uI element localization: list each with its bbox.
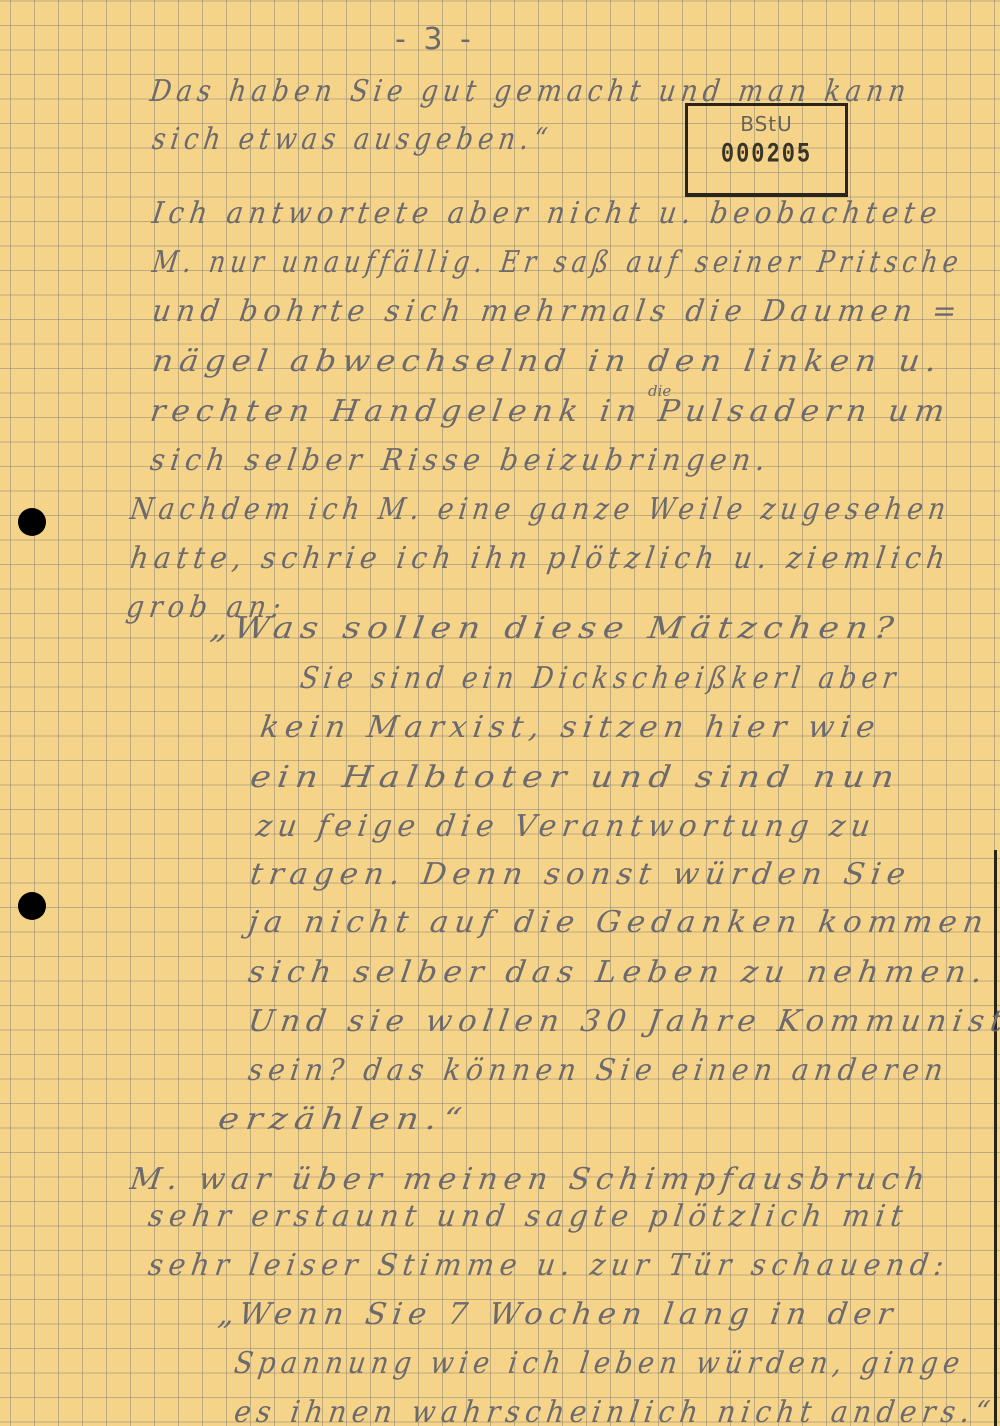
text-line: es ihnen wahrscheinlich nicht anders.“ (232, 1395, 997, 1426)
text-line: Nachdem ich M. eine ganze Weile zugesehe… (128, 492, 953, 527)
stamp-number: 000205 (688, 139, 845, 170)
text-line: hatte, schrie ich ihn plötzlich u. zieml… (128, 541, 953, 576)
text-line: sehr leiser Stimme u. zur Tür schauend: (146, 1248, 952, 1283)
text-line: rechten Handgelenk in Pulsadern um (148, 394, 953, 429)
stamp-organization: BStU (688, 112, 845, 136)
text-line: sich selber Risse beizubringen. (148, 443, 773, 478)
punch-hole-bottom (18, 892, 46, 920)
text-line: M. nur unauffällig. Er saß auf seiner Pr… (150, 245, 965, 280)
text-line: ja nicht auf die Gedanken kommen (246, 905, 991, 940)
text-line: kein Marxist, sitzen hier wie (258, 710, 883, 745)
text-line: „Was sollen diese Mätzchen? (208, 611, 903, 646)
text-line: sein? das können Sie einen anderen (246, 1053, 951, 1088)
page-edge-shadow (994, 850, 997, 1426)
text-line: zu feige die Verantwortung zu (254, 809, 878, 844)
punch-hole-top (18, 508, 46, 536)
text-line: Das haben Sie gut gemacht und man kann (148, 74, 913, 109)
text-line: Ich antwortete aber nicht u. beobachtete (150, 196, 944, 231)
text-line: sich selber das Leben zu nehmen. (246, 955, 991, 990)
text-line: sich etwas ausgeben.“ (150, 122, 554, 157)
text-line: Sie sind ein Dickscheißkerl aber (298, 661, 903, 696)
text-line: tragen. Denn sonst würden Sie (248, 857, 914, 892)
text-line: und bohrte sich mehrmals die Daumen = (150, 294, 964, 329)
text-line: ein Halbtoter und sind nun (248, 760, 903, 795)
archive-stamp: BStU 000205 (685, 103, 848, 197)
text-line: Spannung wie ich leben würden, ginge (232, 1346, 967, 1381)
text-line: „Wenn Sie 7 Wochen lang in der (216, 1297, 901, 1332)
page-number: - 3 - (395, 22, 475, 57)
text-line: nägel abwechselnd in den linken u. (150, 344, 945, 379)
text-line: sehr erstaunt und sagte plötzlich mit (146, 1199, 911, 1234)
text-line: erzählen.“ (216, 1102, 471, 1137)
text-line: Und sie wollen 30 Jahre Kommunist (246, 1004, 1000, 1039)
text-line: M. war über meinen Schimpfausbruch (128, 1162, 933, 1197)
